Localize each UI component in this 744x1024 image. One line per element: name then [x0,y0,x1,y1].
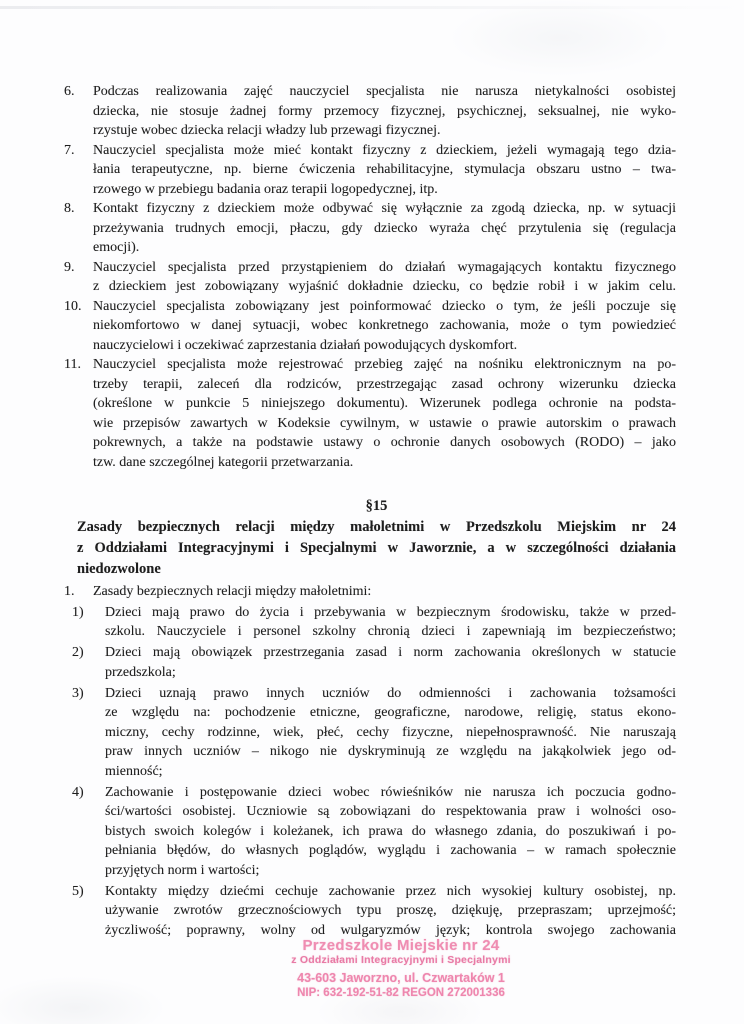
text-line: pokrewnych, a także na podstawie ustawy … [93,433,676,453]
text-line: Kontakt fizyczny z dzieckiem może odbywa… [93,199,676,219]
text-line: Zachowanie i postępowanie dzieci wobec r… [105,783,676,803]
text-line: Nauczyciel specjalista przed przystąpien… [93,258,676,278]
text-line: Dzieci uznają prawo innych uczniów do od… [105,684,676,704]
text-line: Kontakty między dziećmi cechuje zachowan… [105,882,676,902]
section-heading: Zasady bezpiecznych relacji między małol… [77,517,676,580]
item-number: 11. [64,355,86,472]
item-text: Kontakt fizyczny z dzieckiem może odbywa… [93,199,676,258]
item-text: Zachowanie i postępowanie dzieci wobec r… [105,783,676,881]
text-line: przedszkola; [105,663,676,683]
text-line: niedozwolone [77,559,676,580]
scanned-document-page: 6. Podczas realizowania zajęć nauczyciel… [0,0,744,1024]
sublist-item-1: 1) Dzieci mają prawo do życia i przebywa… [64,603,676,642]
document-body: 6. Podczas realizowania zajęć nauczyciel… [64,82,676,942]
text-line: używanie zwrotów grzecznościowych typu p… [105,901,676,921]
text-line: Zasady bezpiecznych relacji między małol… [77,517,676,538]
section-15: §15 Zasady bezpiecznych relacji między m… [64,496,676,940]
text-line: ze względu na: pochodzenie etniczne, geo… [105,703,676,723]
text-line: z Oddziałami Integracyjnymi i Specjalnym… [77,538,676,559]
item-number: 9. [64,258,86,297]
text-line: tzw. dane szczególnej kategorii przetwar… [93,453,676,473]
item-number: 5) [72,882,96,941]
text-line: rzystuje wobec dziecka relacji władzy lu… [93,121,676,141]
item-text: Nauczyciel specjalista zobowiązany jest … [93,297,676,356]
list-item-9: 9. Nauczyciel specjalista przed przystąp… [64,258,676,297]
text-line: trzeby terapii, zaleceń dla rodziców, pr… [93,375,676,395]
item-number: 10. [64,297,86,356]
text-line: Dzieci mają obowiązek przestrzegania zas… [105,643,676,663]
item-text: Podczas realizowania zajęć nauczyciel sp… [93,82,676,141]
list-item-8: 8. Kontakt fizyczny z dzieckiem może odb… [64,199,676,258]
sublist-item-3: 3) Dzieci uznają prawo innych uczniów do… [64,684,676,782]
text-line: Podczas realizowania zajęć nauczyciel sp… [93,82,676,102]
text-line: emocji). [93,238,676,258]
text-line: Dzieci mają prawo do życia i przebywania… [105,603,676,623]
item-number: 1) [72,603,96,642]
text-line: (określone w punkcie 5 niniejszego dokum… [93,394,676,414]
item-number: 4) [72,783,96,881]
text-line: dziecka, nie stosuje żadnej formy przemo… [93,102,676,122]
sublist-item-2: 2) Dzieci mają obowiązek przestrzegania … [64,643,676,682]
section-intro: 1. Zasady bezpiecznych relacji między ma… [64,582,676,602]
item-text: Dzieci mają prawo do życia i przebywania… [105,603,676,642]
list-item-10: 10. Nauczyciel specjalista zobowiązany j… [64,297,676,356]
text-line: łania terapeutyczne, np. bierne ćwiczeni… [93,160,676,180]
text-line: ści/wartości osobistej. Uczniowie są zob… [105,802,676,822]
text-line: pełniania błędów, do własnych poglądów, … [105,841,676,861]
section-mark: §15 [77,496,676,517]
text-line: niekomfortowo w danej sytuacji, wobec ko… [93,316,676,336]
item-number: 8. [64,199,86,258]
item-number: 1. [64,582,86,602]
text-line: nauczycielowi i oczekiwać zaprzestania d… [93,336,676,356]
scan-noise-streak [0,6,744,9]
stamp-nip-regon: NIP: 632-192-51-82 REGON 272001336 [236,986,566,1001]
text-line: praw innych uczniów – nikogo nie dyskrym… [105,742,676,762]
list-item-11: 11. Nauczyciel specjalista może rejestro… [64,355,676,472]
item-number: 7. [64,141,86,200]
sublist-item-5: 5) Kontakty między dziećmi cechuje zacho… [64,882,676,941]
institution-stamp: Przedszkole Miejskie nr 24 z Oddziałami … [236,938,566,1001]
item-number: 2) [72,643,96,682]
item-text: Nauczyciel specjalista może rejestrować … [93,355,676,472]
text-line: bistych swoich kolegów i koleżanek, ich … [105,822,676,842]
text-line: szkolu. Nauczyciele i personel szkolny c… [105,622,676,642]
item-text: Kontakty między dziećmi cechuje zachowan… [105,882,676,941]
text-line: Zasady bezpiecznych relacji między małol… [93,582,676,602]
text-line: miczny, cechy rodzinne, wiek, płeć, cech… [105,723,676,743]
item-number: 6. [64,82,86,141]
item-text: Nauczyciel specjalista może mieć kontakt… [93,141,676,200]
text-line: Nauczyciel specjalista zobowiązany jest … [93,297,676,317]
text-line: wie przepisów zawartych w Kodeksie cywil… [93,414,676,434]
stamp-address: 43-603 Jaworzno, ul. Czwartaków 1 [236,970,566,986]
stamp-institution-name: Przedszkole Miejskie nr 24 [236,938,566,954]
item-text: Nauczyciel specjalista przed przystąpien… [93,258,676,297]
item-text: Dzieci uznają prawo innych uczniów do od… [105,684,676,782]
sublist-item-4: 4) Zachowanie i postępowanie dzieci wobe… [64,783,676,881]
text-line: Nauczyciel specjalista może rejestrować … [93,355,676,375]
text-line: przeżywania trudnych emocji, płaczu, gdy… [93,219,676,239]
text-line: z dzieckiem jest zobowiązany wyjaśnić do… [93,277,676,297]
text-line: rzowego w przebiegu badania oraz terapii… [93,180,676,200]
item-number: 3) [72,684,96,782]
text-line: mienność; [105,762,676,782]
text-line: Nauczyciel specjalista może mieć kontakt… [93,141,676,161]
list-item-7: 7. Nauczyciel specjalista może mieć kont… [64,141,676,200]
list-item-6: 6. Podczas realizowania zajęć nauczyciel… [64,82,676,141]
stamp-institution-subtitle: z Oddziałami Integracyjnymi i Specjalnym… [236,954,566,967]
text-line: przyjętych norm i wartości; [105,861,676,881]
item-text: Dzieci mają obowiązek przestrzegania zas… [105,643,676,682]
